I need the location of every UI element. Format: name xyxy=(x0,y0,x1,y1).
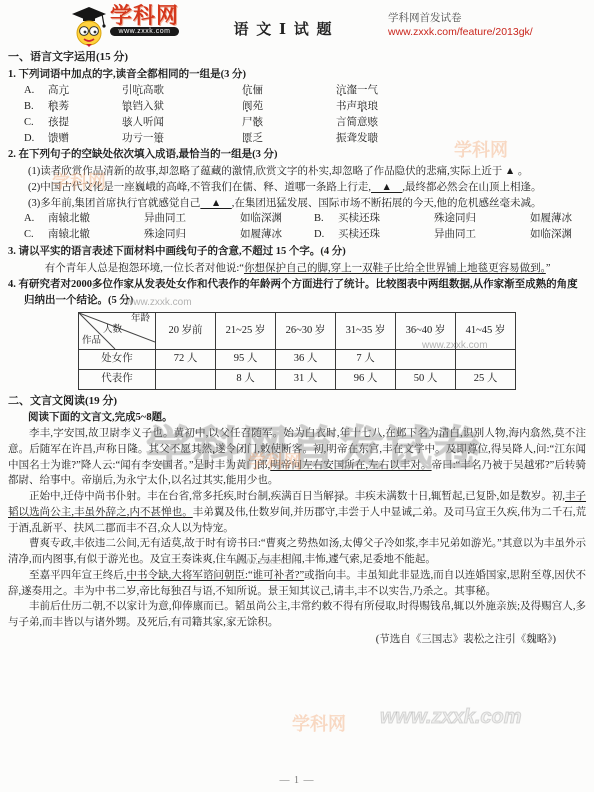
text-segment: 丰前后仕历二朝,不以家计为意,仰俸廪而已。韬虽尚公主,丰常约敕不得有所侵取,时得… xyxy=(8,601,586,628)
char: 书 xyxy=(336,101,347,112)
option-term: 南辕北辙 xyxy=(48,227,144,243)
age-column-header: 36~40 岁 xyxy=(396,312,456,349)
text-segment: 解 xyxy=(323,491,334,502)
option-term: 孩提 xyxy=(48,115,122,131)
table-cell: 36 人 xyxy=(276,349,336,369)
q2-option: D.买椟还珠异曲同工如临深渊 xyxy=(314,227,594,243)
q1-stem: 1. 下列词语中加点的字,读音全都相同的一组是(3 分) xyxy=(8,67,586,83)
option-term: 南辕北辙 xyxy=(48,211,144,227)
table-cell: 8 人 xyxy=(216,369,276,389)
char: 孩 xyxy=(48,117,59,128)
char: 莠 xyxy=(59,101,70,112)
section2-heading: 二、文言文阅读(19 分) xyxy=(8,393,586,410)
option-term: 骇人听闻 xyxy=(122,115,242,131)
text-segment: ,最终都必然会在山顶上相逢。 xyxy=(402,182,541,193)
table-cell: 7 人 xyxy=(336,349,396,369)
text-segment: 丰弟翼及伟,仕数岁间,并历郡守,丰尝于人中显 xyxy=(193,507,402,518)
text-segment: 明帝问左右安国所在,左右以丰对。 xyxy=(270,460,431,471)
char: 狱 xyxy=(154,101,165,112)
table-cell: 96 人 xyxy=(336,369,396,389)
q2-sentence: (1)读者欣赏作品清新的故事,却忽略了蕴藏的激情,欣赏文字的朴实,却忽略了作品隐… xyxy=(28,164,586,180)
option-term: 买椟还珠 xyxy=(338,211,434,227)
char: 聋 xyxy=(347,133,358,144)
char: 提 xyxy=(59,117,70,128)
char: 阆 xyxy=(242,101,253,112)
paper-title: 语 文 Ⅰ 试 题 xyxy=(233,18,333,39)
char: 沆 xyxy=(336,85,347,96)
q2-option: A.南辕北辙异曲同工如临深渊 xyxy=(24,211,314,227)
char: 意 xyxy=(357,117,368,128)
option-label: A. xyxy=(24,83,48,99)
char: 骇 xyxy=(122,117,133,128)
q1-options: A.高亢引吭高歌伉俪沆瀣一气B.稂莠锒铛入狱阆苑书声琅琅C.孩提骇人听闻尸骸言简… xyxy=(8,83,586,146)
char: 气 xyxy=(368,85,379,96)
option-term: 如临深渊 xyxy=(530,227,594,243)
option-term: 功亏一篑 xyxy=(122,131,242,147)
option-term: 沆瀣一气 xyxy=(336,83,378,99)
option-term: 异曲同工 xyxy=(144,211,240,227)
q4-age-table: 年龄人数作品20 岁前21~25 岁26~30 岁31~35 岁36~40 岁4… xyxy=(78,312,516,390)
char: 稂 xyxy=(48,101,59,112)
passage-paragraph: 曹爽专政,丰依违二公间,无有适莫,故于时有谤书曰:“曹爽之势热如汤,太傅父子冷如… xyxy=(8,536,586,568)
brand-url: www.zxxk.com xyxy=(110,27,179,36)
text-segment: ,在集团迅猛发展、国际市场不断拓展的今天,他的危机感丝毫未减。 xyxy=(232,198,542,209)
table-cell xyxy=(396,349,456,369)
char: 一 xyxy=(143,133,154,144)
option-term: 言简意赅 xyxy=(336,115,378,131)
text-segment: 即 xyxy=(456,444,467,455)
text-segment: 中书令缺,大将军谘问朝臣:“谁可补者?” xyxy=(126,570,304,581)
mascot-icon xyxy=(70,4,108,48)
char: 发 xyxy=(357,133,368,144)
char: 乏 xyxy=(253,133,264,144)
table-cell: 95 人 xyxy=(216,349,276,369)
option-term: 如履薄冰 xyxy=(530,211,594,227)
option-label: D. xyxy=(314,227,338,243)
option-term: 高亢 xyxy=(48,83,122,99)
passage-paragraph: 至嘉平四年宣王终后,中书令缺,大将军谘问朝臣:“谁可补者?”或指向丰。丰虽知此非… xyxy=(8,568,586,600)
brand-text: 学科网 www.zxxk.com xyxy=(110,4,179,36)
corner-label: 人数 xyxy=(103,326,122,336)
option-label: C. xyxy=(24,115,48,131)
page-footer: — 1 — xyxy=(0,775,594,786)
option-term: 异曲同工 xyxy=(434,227,530,243)
q2-options: A.南辕北辙异曲同工如临深渊B.买椟还珠殊途同归如履薄冰C.南辕北辙殊途同归如履… xyxy=(8,211,586,243)
text-segment: 曹爽专政,丰依违二公间,无有适莫,故于时有谤书曰:“曹爽之势热如汤,太傅父子冷如… xyxy=(8,538,586,565)
text-segment: ▲ xyxy=(371,182,402,193)
q1-option: A.高亢引吭高歌伉俪沆瀣一气 xyxy=(8,83,586,99)
age-column-header: 41~45 岁 xyxy=(456,312,516,349)
zxxk-logo: 学科网 www.zxxk.com xyxy=(70,4,179,48)
table-body: 处女作72 人95 人36 人7 人代表作8 人31 人96 人50 人25 人 xyxy=(79,349,516,389)
table-cell: 25 人 xyxy=(456,369,516,389)
q2-option-row: C.南辕北辙殊途同归如履薄冰D.买椟还珠异曲同工如临深渊 xyxy=(8,227,586,243)
text-segment: ” xyxy=(546,263,551,274)
text-segment: 然 xyxy=(202,444,213,455)
char: 一 xyxy=(357,85,368,96)
char: 引 xyxy=(122,85,133,96)
char: 亢 xyxy=(59,85,70,96)
row-label: 代表作 xyxy=(79,369,156,389)
table-row: 代表作8 人31 人96 人50 人25 人 xyxy=(79,369,516,389)
char: 吭 xyxy=(133,85,144,96)
char: 高 xyxy=(48,85,59,96)
text-segment: ,遂令闭门,敕使断客。初,明帝在东宫,丰在文学中。及 xyxy=(212,444,456,455)
age-column-header: 20 岁前 xyxy=(156,312,216,349)
table-row: 处女作72 人95 人36 人7 人 xyxy=(79,349,516,369)
option-term: 稂莠 xyxy=(48,99,122,115)
char: 苑 xyxy=(253,101,264,112)
q1-option: C.孩提骇人听闻尸骸言简意赅 xyxy=(8,115,586,131)
q2-option: B.买椟还珠殊途同归如履薄冰 xyxy=(314,211,594,227)
watermark-brand-logo: 学科网 xyxy=(292,710,346,736)
char: 篑 xyxy=(154,133,165,144)
option-term: 殊途同归 xyxy=(144,227,240,243)
text-segment: 正始中,迁侍中尚书仆射。丰在台省,常多托疾,时台制,疾满百日当 xyxy=(29,491,323,502)
table-cell: 50 人 xyxy=(396,369,456,389)
char: 入 xyxy=(143,101,154,112)
table-head: 年龄人数作品20 岁前21~25 岁26~30 岁31~35 岁36~40 岁4… xyxy=(79,312,516,349)
char: 赅 xyxy=(368,117,379,128)
char: 聩 xyxy=(368,133,379,144)
section2-instruction: 阅读下面的文言文,完成5~8题。 xyxy=(28,410,586,426)
brand-name: 学科网 xyxy=(110,4,179,28)
char: 伉 xyxy=(242,85,253,96)
q2-sentence: (2)中国古代文化是一座巍峨的高峰,不管我们在儒、释、道哪一条路上行走, ▲ ,… xyxy=(28,180,586,196)
q2-sentences: (1)读者欣赏作品清新的故事,却忽略了蕴藏的激情,欣赏文字的朴实,却忽略了作品隐… xyxy=(8,164,586,211)
page-number: — 1 — xyxy=(280,775,315,786)
passage-attribution: (节选自《三国志》裴松之注引《魏略》) xyxy=(8,632,556,648)
option-term: 振聋发聩 xyxy=(336,131,378,147)
char: 匮 xyxy=(242,133,253,144)
option-label: D. xyxy=(24,131,48,147)
option-term: 引吭高歌 xyxy=(122,83,242,99)
corner-label: 作品 xyxy=(82,337,101,347)
option-term: 买椟还珠 xyxy=(338,227,434,243)
q2-option-row: A.南辕北辙异曲同工如临深渊B.买椟还珠殊途同归如履薄冰 xyxy=(8,211,586,227)
row-label: 处女作 xyxy=(79,349,156,369)
text-segment: (1)读者欣赏作品清新的故事,却忽略了蕴藏的激情,欣赏文字的朴实,却忽略了作品隐… xyxy=(28,166,528,177)
q2-stem: 2. 在下列句子的空缺处依次填入成语,最恰当的一组是(3 分) xyxy=(8,147,586,163)
q2-sentence: (3)多年前,集团首席执行官就感觉自己 ▲ ,在集团迅猛发展、国际市场不断拓展的… xyxy=(28,196,586,212)
corner-label: 年龄 xyxy=(131,315,150,325)
option-term: 阆苑 xyxy=(242,99,336,115)
char: 人 xyxy=(133,117,144,128)
text-segment: (2)中国古代文化是一座巍峨的高峰,不管我们在儒、释、道哪一条路上行走, xyxy=(28,182,371,193)
option-term: 锒铛入狱 xyxy=(122,99,242,115)
text-segment: 禄。丰疾未满数十日,辄暂起,已复卧,如是数岁。初, xyxy=(334,491,565,502)
char: 闻 xyxy=(154,117,165,128)
char: 瀣 xyxy=(347,85,358,96)
table-cell xyxy=(156,369,216,389)
header-note: 学科网首发试卷 xyxy=(388,11,586,25)
char: 亏 xyxy=(133,133,144,144)
option-label: B. xyxy=(24,99,48,115)
table-cell xyxy=(456,349,516,369)
char: 琅 xyxy=(368,101,379,112)
page-header: 学科网 www.zxxk.com 语 文 Ⅰ 试 题 学科网首发试卷 www.z… xyxy=(0,0,594,46)
passage-paragraph: 正始中,迁侍中尚书仆射。丰在台省,常多托疾,时台制,疾满百日当解禄。丰疾未满数十… xyxy=(8,489,586,536)
option-label: A. xyxy=(24,211,48,227)
q2-option: C.南辕北辙殊途同归如履薄冰 xyxy=(24,227,314,243)
table-cell: 72 人 xyxy=(156,349,216,369)
passage-paragraph: 丰前后仕历二朝,不以家计为意,仰俸廪而已。韬虽尚公主,丰常约敕不得有所侵取,时得… xyxy=(8,599,586,631)
table-cell: 31 人 xyxy=(276,369,336,389)
text-segment: 有个青年人总是抱怨环境,一位长者对他说:“ xyxy=(45,263,244,274)
option-term: 匮乏 xyxy=(242,131,336,147)
option-term: 伉俪 xyxy=(242,83,336,99)
char: 铛 xyxy=(133,101,144,112)
text-segment: 至嘉平四年宣王终后, xyxy=(29,570,126,581)
q3-stem: 3. 请以平实的语言表述下面材料中画线句子的含意,不超过 15 个字。(4 分) xyxy=(8,244,586,260)
char: 俪 xyxy=(253,85,264,96)
option-term: 尸骸 xyxy=(242,115,336,131)
char: 声 xyxy=(347,101,358,112)
option-label: B. xyxy=(314,211,338,227)
option-term: 书声琅琅 xyxy=(336,99,378,115)
table-corner-cell: 年龄人数作品 xyxy=(79,312,156,349)
q1-option: D.馈赠功亏一篑匮乏振聋发聩 xyxy=(8,131,586,147)
age-column-header: 21~25 岁 xyxy=(216,312,276,349)
char: 骸 xyxy=(253,117,264,128)
watermark-url-outline: www.zxxk.com xyxy=(380,706,522,729)
q1-option: B.稂莠锒铛入狱阆苑书声琅琅 xyxy=(8,99,586,115)
header-feature-url: www.zxxk.com/feature/2013gk/ xyxy=(388,25,586,39)
char: 琅 xyxy=(357,101,368,112)
option-term: 馈赠 xyxy=(48,131,122,147)
q4-stem: 4. 有研究者对2000多位作家从发表处女作和代表作的年龄两个方面进行了统计。比… xyxy=(8,277,586,309)
text-segment: ▲ xyxy=(200,198,231,209)
char: 振 xyxy=(336,133,347,144)
char: 听 xyxy=(143,117,154,128)
header-right: 学科网首发试卷 www.zxxk.com/feature/2013gk/ xyxy=(388,11,586,39)
classical-passage: 李丰,字安国,故卫尉李义子也。黄初中,以父任召随军。始为白衣时,年十七八,在邺下… xyxy=(8,426,586,631)
char: 歌 xyxy=(154,85,165,96)
age-column-header: 26~30 岁 xyxy=(276,312,336,349)
section1-heading: 一、语言文字运用(15 分) xyxy=(8,49,586,66)
table-row: 年龄人数作品20 岁前21~25 岁26~30 岁31~35 岁36~40 岁4… xyxy=(79,312,516,349)
char: 功 xyxy=(122,133,133,144)
exam-page: 学科网首发试卷 www.zxxk.com www.zxxk.com www.zx… xyxy=(0,0,594,792)
char: 馈 xyxy=(48,133,59,144)
passage-paragraph: 李丰,字安国,故卫尉李义子也。黄初中,以父任召随军。始为白衣时,年十七八,在邺下… xyxy=(8,426,586,489)
text-segment: (3)多年前,集团首席执行官就感觉自己 xyxy=(28,198,200,209)
option-label: C. xyxy=(24,227,48,243)
char: 高 xyxy=(143,85,154,96)
paper-body: 一、语言文字运用(15 分) 1. 下列词语中加点的字,读音全都相同的一组是(3… xyxy=(0,46,594,648)
char: 赠 xyxy=(59,133,70,144)
char: 尸 xyxy=(242,117,253,128)
q3-material: 有个青年人总是抱怨环境,一位长者对他说:“你想保护自己的脚,穿上一双鞋子比给全世… xyxy=(8,261,586,277)
char: 锒 xyxy=(122,101,133,112)
char: 简 xyxy=(347,117,358,128)
text-segment: 诫 xyxy=(401,507,412,518)
char: 言 xyxy=(336,117,347,128)
text-segment: 你想保护自己的脚,穿上一双鞋子比给全世界铺上地毯更容易做到。 xyxy=(244,263,546,274)
age-column-header: 31~35 岁 xyxy=(336,312,396,349)
option-term: 殊途同归 xyxy=(434,211,530,227)
